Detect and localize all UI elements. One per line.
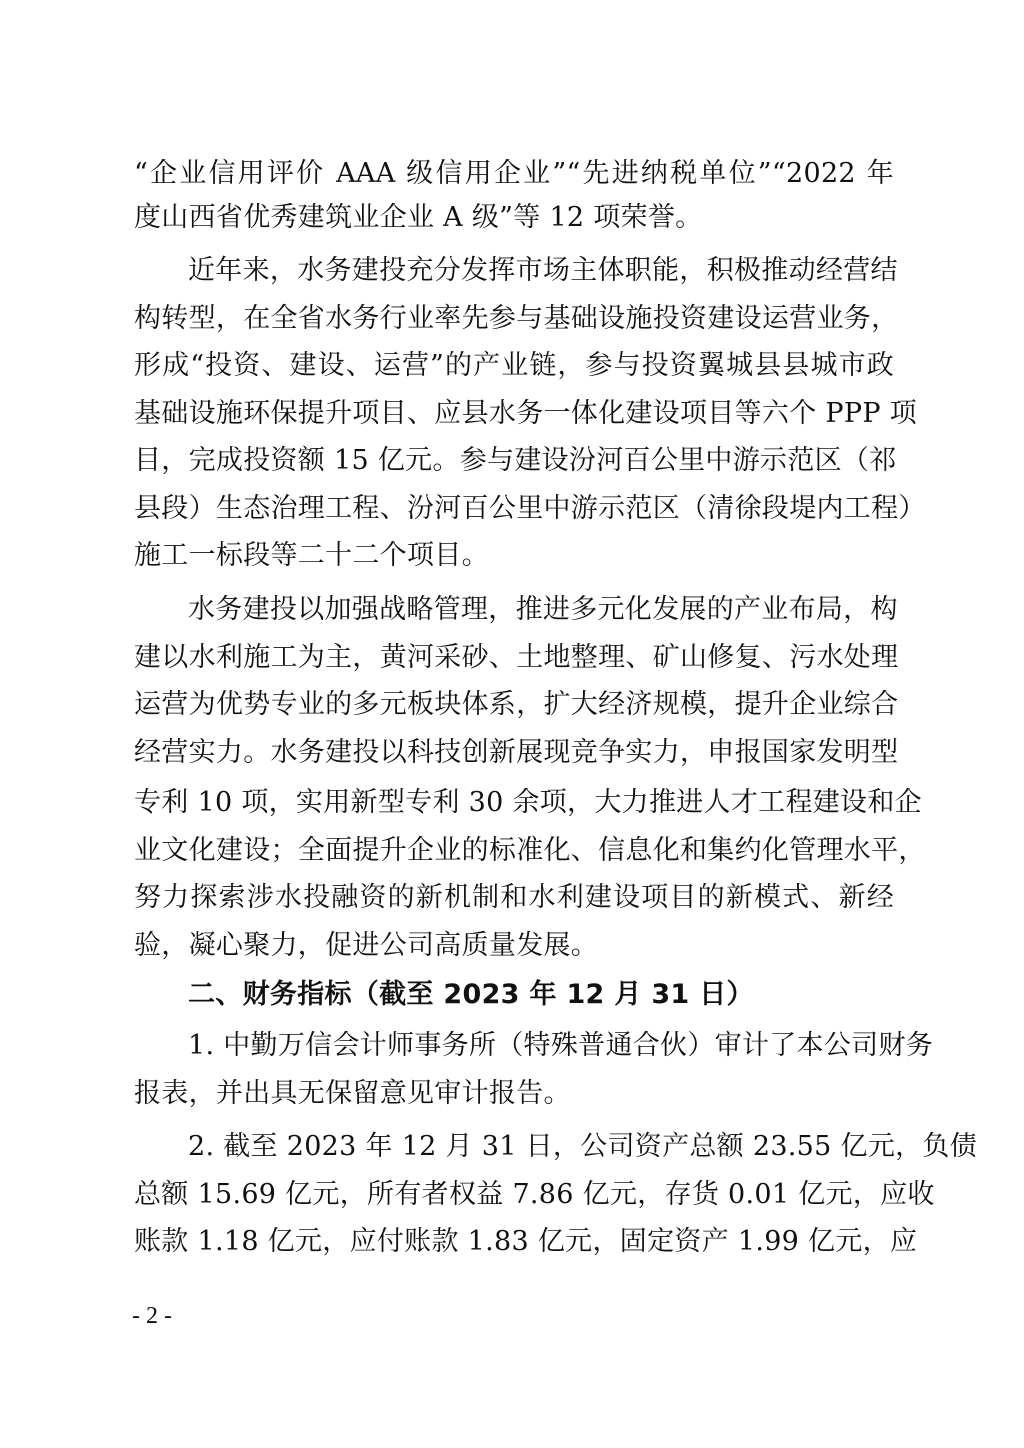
- text-line: 2. 截至 2023 年 12 月 31 日，公司资产总额 23.55 亿元，负…: [188, 1129, 894, 1165]
- text-line: 报表，并出具无保留意见审计报告。: [134, 1076, 894, 1112]
- document-page: “企业信用评价 AAA 级信用企业”“先进纳税单位”“2022 年 度山西省优秀…: [0, 0, 1024, 1448]
- text-line: 1. 中勤万信会计师事务所（特殊普通合伙）审计了本公司财务: [188, 1028, 894, 1064]
- section-heading: 二、财务指标（截至 2023 年 12 月 31 日）: [188, 977, 894, 1013]
- text-line: 水务建投以加强战略管理，推进多元化发展的产业布局，构: [188, 592, 894, 628]
- text-line: 业文化建设；全面提升企业的标准化、信息化和集约化管理水平，: [134, 833, 894, 869]
- text-line: 运营为优势专业的多元板块体系，扩大经济规模，提升企业综合: [134, 687, 894, 723]
- text-line: 努力探索涉水投融资的新机制和水利建设项目的新模式、新经: [134, 880, 894, 916]
- text-line: 施工一标段等二十二个项目。: [134, 538, 894, 574]
- text-line: 经营实力。水务建投以科技创新展现竞争实力，申报国家发明型: [134, 735, 894, 771]
- text-line: 构转型，在全省水务行业率先参与基础设施投资建设运营业务，: [134, 301, 894, 337]
- text-line: 目，完成投资额 15 亿元。参与建设汾河百公里中游示范区（祁: [134, 443, 894, 479]
- page-number: - 2 -: [132, 1303, 172, 1330]
- text-line: “企业信用评价 AAA 级信用企业”“先进纳税单位”“2022 年: [134, 156, 894, 192]
- text-line: 验，凝心聚力，促进公司高质量发展。: [134, 928, 894, 964]
- text-line: 总额 15.69 亿元，所有者权益 7.86 亿元，存货 0.01 亿元，应收: [134, 1177, 894, 1213]
- text-line: 县段）生态治理工程、汾河百公里中游示范区（清徐段堤内工程）: [134, 491, 894, 527]
- text-line: 专利 10 项，实用新型专利 30 余项，大力推进人才工程建设和企: [134, 785, 894, 821]
- text-line: 账款 1.18 亿元，应付账款 1.83 亿元，固定资产 1.99 亿元，应: [134, 1224, 894, 1260]
- text-line: 度山西省优秀建筑业企业 A 级”等 12 项荣誉。: [134, 200, 894, 236]
- text-line: 建以水利施工为主，黄河采砂、土地整理、矿山修复、污水处理: [134, 640, 894, 676]
- text-line: 形成“投资、建设、运营”的产业链，参与投资翼城县县城市政: [134, 348, 894, 384]
- text-line: 近年来，水务建投充分发挥市场主体职能，积极推动经营结: [188, 253, 894, 289]
- text-line: 基础设施环保提升项目、应县水务一体化建设项目等六个 PPP 项: [134, 396, 894, 432]
